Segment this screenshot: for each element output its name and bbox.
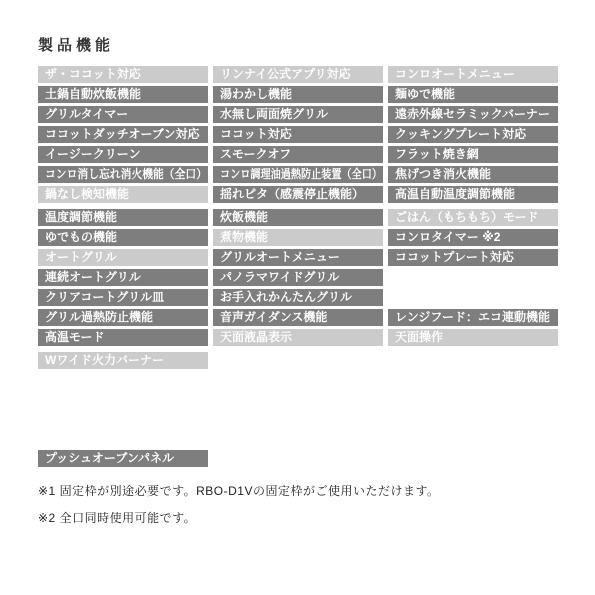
feature-cell-empty bbox=[388, 352, 558, 369]
feature-label: イージークリーン bbox=[45, 146, 141, 163]
feature-label: グリル過熱防止機能 bbox=[45, 309, 153, 326]
feature-label: クリアコートグリル皿 bbox=[45, 289, 164, 306]
feature-cell: グリル過熱防止機能 bbox=[38, 309, 208, 326]
feature-cell: フラット焼き網 bbox=[388, 146, 558, 163]
feature-label: パノラマワイドグリル bbox=[220, 269, 339, 286]
feature-label: ゆでもの機能 bbox=[45, 229, 117, 246]
feature-label: 遠赤外線セラミックバーナー bbox=[395, 106, 550, 123]
feature-cell: 音声ガイダンス機能 bbox=[213, 309, 383, 326]
feature-label: レンジフード：エコ連動機能 bbox=[395, 309, 550, 326]
feature-cell-empty bbox=[388, 289, 558, 306]
feature-cell: ココット対応 bbox=[213, 126, 383, 143]
feature-label: 高温モード bbox=[45, 329, 105, 346]
feature-label: ザ・ココット対応 bbox=[45, 66, 141, 83]
feature-cell: 高温自動温度調節機能 bbox=[388, 186, 558, 203]
feature-row: 土鍋自動炊飯機能湯わかし機能麺ゆで機能 bbox=[38, 86, 558, 103]
feature-cell: スモークオフ bbox=[213, 146, 383, 163]
feature-cell: オートグリル bbox=[38, 249, 208, 266]
feature-label: 麺ゆで機能 bbox=[395, 86, 455, 103]
feature-label: グリルオートメニュー bbox=[220, 249, 340, 266]
feature-row: 連続オートグリルパノラマワイドグリル bbox=[38, 269, 558, 286]
feature-label: オートグリル bbox=[45, 249, 117, 266]
feature-row: コンロ消し忘れ消火機能（全口）コンロ調理油過熱防止装置（全口）焦げつき消火機能 bbox=[38, 166, 558, 183]
footnotes: ※1 固定枠が別途必要です。RBO-D1Vの固定枠がご使用いただけます。※2 全… bbox=[38, 482, 440, 536]
feature-label: 煮物機能 bbox=[220, 229, 268, 246]
feature-cell: 天面液晶表示 bbox=[213, 329, 383, 346]
feature-label: スモークオフ bbox=[220, 146, 291, 163]
feature-label: 焦げつき消火機能 bbox=[395, 166, 491, 183]
feature-cell: グリルタイマー bbox=[38, 106, 208, 123]
feature-label: 温度調節機能 bbox=[45, 209, 117, 226]
feature-row: グリル過熱防止機能音声ガイダンス機能レンジフード：エコ連動機能 bbox=[38, 309, 558, 326]
feature-cell: 天面操作 bbox=[388, 329, 558, 346]
feature-label: ココットダッチオーブン対応 bbox=[45, 126, 199, 143]
feature-cell-empty bbox=[213, 352, 383, 369]
feature-label: コンロ消し忘れ消火機能（全口） bbox=[45, 166, 207, 183]
footnote: ※2 全口同時使用可能です。 bbox=[38, 509, 440, 526]
feature-label: 揺れピタ（感震停止機能） bbox=[220, 186, 364, 203]
feature-label: クッキングプレート対応 bbox=[395, 126, 526, 143]
feature-label: お手入れかんたんグリル bbox=[220, 289, 352, 306]
feature-label: 水無し両面焼グリル bbox=[220, 106, 328, 123]
feature-cell: 水無し両面焼グリル bbox=[213, 106, 383, 123]
feature-cell: クリアコートグリル皿 bbox=[38, 289, 208, 306]
feature-row: ザ・ココット対応リンナイ公式アプリ対応コンロオートメニュー bbox=[38, 66, 558, 83]
feature-cell: イージークリーン bbox=[38, 146, 208, 163]
feature-cell: 温度調節機能 bbox=[38, 209, 208, 226]
feature-cell: 湯わかし機能 bbox=[213, 86, 383, 103]
feature-cell: 鍋なし検知機能 bbox=[38, 186, 208, 203]
feature-row: クリアコートグリル皿お手入れかんたんグリル bbox=[38, 289, 558, 306]
feature-cell: お手入れかんたんグリル bbox=[213, 289, 383, 306]
feature-row: ゆでもの機能煮物機能コンロタイマー ※2 bbox=[38, 229, 558, 246]
feature-label: コンロタイマー ※2 bbox=[395, 229, 500, 246]
feature-cell: ココットダッチオーブン対応 bbox=[38, 126, 208, 143]
feature-row: 温度調節機能炊飯機能ごはん（もちもち）モード bbox=[38, 209, 558, 226]
feature-label: ココットプレート対応 bbox=[395, 249, 514, 266]
feature-cell: コンロ調理油過熱防止装置（全口） bbox=[213, 166, 383, 183]
feature-label: フラット焼き網 bbox=[395, 146, 479, 163]
feature-label: 連続オートグリル bbox=[45, 269, 141, 286]
feature-row: イージークリーンスモークオフフラット焼き網 bbox=[38, 146, 558, 163]
feature-cell: パノラマワイドグリル bbox=[213, 269, 383, 286]
feature-cell: リンナイ公式アプリ対応 bbox=[213, 66, 383, 83]
feature-label: 高温自動温度調節機能 bbox=[395, 186, 515, 203]
feature-label: リンナイ公式アプリ対応 bbox=[220, 66, 351, 83]
push-oven-panel-label: プッシュオーブンパネル bbox=[45, 450, 174, 467]
footnote: ※1 固定枠が別途必要です。RBO-D1Vの固定枠がご使用いただけます。 bbox=[38, 482, 440, 499]
feature-cell: コンロオートメニュー bbox=[388, 66, 558, 83]
feature-cell: ごはん（もちもち）モード bbox=[388, 209, 558, 226]
feature-label: Wワイド火力バーナー bbox=[45, 352, 164, 369]
feature-cell-empty bbox=[388, 269, 558, 286]
feature-row: ココットダッチオーブン対応ココット対応クッキングプレート対応 bbox=[38, 126, 558, 143]
feature-cell: レンジフード：エコ連動機能 bbox=[388, 309, 558, 326]
feature-cell: 土鍋自動炊飯機能 bbox=[38, 86, 208, 103]
push-oven-panel-section: プッシュオーブンパネル bbox=[38, 450, 208, 467]
page-title: 製品機能 bbox=[38, 34, 114, 55]
feature-cell: コンロ消し忘れ消火機能（全口） bbox=[38, 166, 208, 183]
feature-label: コンロ調理油過熱防止装置（全口） bbox=[220, 166, 382, 183]
feature-label: 鍋なし検知機能 bbox=[45, 186, 129, 203]
feature-cell: 揺れピタ（感震停止機能） bbox=[213, 186, 383, 203]
feature-row: 鍋なし検知機能揺れピタ（感震停止機能）高温自動温度調節機能 bbox=[38, 186, 558, 203]
feature-cell: コンロタイマー ※2 bbox=[388, 229, 558, 246]
feature-label: ごはん（もちもち）モード bbox=[395, 209, 539, 226]
feature-row: グリルタイマー水無し両面焼グリル遠赤外線セラミックバーナー bbox=[38, 106, 558, 123]
feature-row: 高温モード天面液晶表示天面操作 bbox=[38, 329, 558, 346]
feature-cell: 連続オートグリル bbox=[38, 269, 208, 286]
feature-cell: 炊飯機能 bbox=[213, 209, 383, 226]
feature-cell: グリルオートメニュー bbox=[213, 249, 383, 266]
feature-cell: クッキングプレート対応 bbox=[388, 126, 558, 143]
feature-label: 炊飯機能 bbox=[220, 209, 268, 226]
feature-label: コンロオートメニュー bbox=[395, 66, 515, 83]
feature-grid: ザ・ココット対応リンナイ公式アプリ対応コンロオートメニュー土鍋自動炊飯機能湯わか… bbox=[38, 66, 558, 372]
feature-cell: 麺ゆで機能 bbox=[388, 86, 558, 103]
feature-label: ココット対応 bbox=[220, 126, 292, 143]
feature-cell: ザ・ココット対応 bbox=[38, 66, 208, 83]
feature-row: オートグリルグリルオートメニューココットプレート対応 bbox=[38, 249, 558, 266]
feature-cell: 遠赤外線セラミックバーナー bbox=[388, 106, 558, 123]
feature-label: 天面操作 bbox=[395, 329, 443, 346]
feature-label: グリルタイマー bbox=[45, 106, 128, 123]
feature-label: 音声ガイダンス機能 bbox=[220, 309, 327, 326]
push-oven-panel: プッシュオーブンパネル bbox=[38, 450, 208, 467]
feature-row: Wワイド火力バーナー bbox=[38, 352, 558, 369]
feature-cell: 高温モード bbox=[38, 329, 208, 346]
feature-cell: Wワイド火力バーナー bbox=[38, 352, 208, 369]
feature-cell: 焦げつき消火機能 bbox=[388, 166, 558, 183]
feature-label: 天面液晶表示 bbox=[220, 329, 292, 346]
feature-cell: 煮物機能 bbox=[213, 229, 383, 246]
feature-label: 土鍋自動炊飯機能 bbox=[45, 86, 141, 103]
feature-label: 湯わかし機能 bbox=[220, 86, 292, 103]
feature-cell: ココットプレート対応 bbox=[388, 249, 558, 266]
feature-cell: ゆでもの機能 bbox=[38, 229, 208, 246]
